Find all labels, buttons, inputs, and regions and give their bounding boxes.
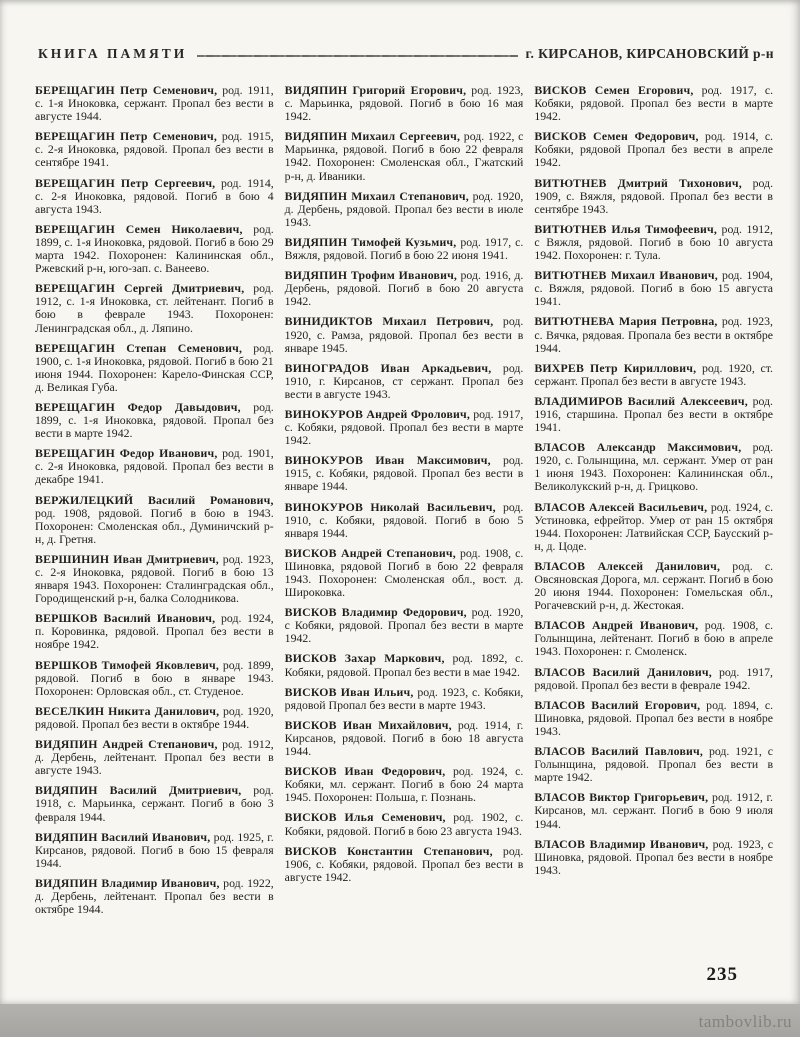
memorial-entry: ВИТЮТНЕВА Мария Петровна, род. 1923, с. … (534, 315, 773, 354)
entry-person-name: ВИСКОВ Иван Федорович, (285, 764, 446, 778)
memorial-entry: ВИСКОВ Константин Степанович, род. 1906,… (285, 845, 524, 884)
memorial-entry: ВИНОКУРОВ Иван Максимович, род. 1915, с.… (285, 454, 524, 493)
entry-person-name: ВЛАСОВ Василий Павлович, (534, 744, 703, 758)
memorial-entry: ВЕРШИНИН Иван Дмитриевич, род. 1923, с. … (35, 553, 274, 605)
memorial-entry: ВЕРЕЩАГИН Семен Николаевич, род. 1899, с… (35, 223, 274, 275)
entry-person-name: ВИСКОВ Илья Семенович, (285, 810, 446, 824)
memorial-entry: ВЛАСОВ Владимир Иванович, род. 1923, с Ш… (534, 838, 773, 877)
memorial-entry: ВИДЯПИН Михаил Степанович, род. 1920, д.… (285, 190, 524, 229)
header-divider-line (197, 55, 517, 57)
memorial-entry: ВЛАСОВ Андрей Иванович, род. 1908, с. Го… (534, 619, 773, 658)
memorial-entry: ВИХРЕВ Петр Кириллович, род. 1920, ст. с… (534, 362, 773, 388)
entry-person-name: ВЕРЕЩАГИН Федор Давыдович, (35, 400, 241, 414)
entry-person-name: ВЛАСОВ Александр Максимович, (534, 440, 741, 454)
memorial-entry: ВЛАСОВ Виктор Григорьевич, род. 1912, г.… (534, 791, 773, 830)
book-title: КНИГА ПАМЯТИ (38, 46, 187, 62)
entry-person-name: ВИНОКУРОВ Николай Васильевич, (285, 500, 496, 514)
memorial-entry: ВИТЮТНЕВ Илья Тимофеевич, род. 1912, с В… (534, 223, 773, 262)
entry-person-name: ВИНИДИКТОВ Михаил Петрович, (285, 314, 494, 328)
entry-person-name: ВИДЯПИН Михаил Сергеевич, (285, 129, 460, 143)
entry-person-name: ВИНОКУРОВ Иван Максимович, (285, 453, 491, 467)
entry-person-name: ВЕРЕЩАГИН Семен Николаевич, (35, 222, 243, 236)
entry-person-name: ВЛАСОВ Василий Данилович, (534, 665, 712, 679)
memorial-entry: ВИДЯПИН Владимир Иванович, род. 1922, д.… (35, 877, 274, 916)
entry-person-name: ВИДЯПИН Григорий Егорович, (285, 83, 467, 97)
entry-person-name: ВЕРЕЩАГИН Сергей Дмитриевич, (35, 281, 244, 295)
entry-person-name: ВИХРЕВ Петр Кириллович, (534, 361, 696, 375)
memorial-entry: ВИСКОВ Андрей Степанович, род. 1908, с. … (285, 547, 524, 599)
entry-person-name: ВЕРШКОВ Василий Иванович, (35, 611, 215, 625)
memorial-entry: ВЛАСОВ Алексей Васильевич, род. 1924, с.… (534, 501, 773, 553)
entry-person-name: ВЕРЕЩАГИН Петр Семенович, (35, 129, 217, 143)
column-3: ВИСКОВ Семен Егорович, род. 1917, с. Коб… (534, 84, 773, 944)
memorial-entry: ВЕРЕЩАГИН Петр Семенович, род. 1915, с. … (35, 130, 274, 169)
memorial-entry: ВИСКОВ Иван Ильич, род. 1923, с. Кобяки,… (285, 686, 524, 712)
district-title: г. КИРСАНОВ, КИРСАНОВСКИЙ р-н (526, 46, 774, 62)
entry-person-name: ВИСКОВ Иван Михайлович, (285, 718, 452, 732)
memorial-entry: ВИНОГРАДОВ Иван Аркадьевич, род. 1910, г… (285, 362, 524, 401)
entry-person-name: ВИДЯПИН Михаил Степанович, (285, 189, 469, 203)
memorial-entry: ВИСКОВ Семен Егорович, род. 1917, с. Коб… (534, 84, 773, 123)
page-number: 235 (707, 964, 739, 986)
scanner-bed-strip (0, 1004, 800, 1037)
library-watermark: tambovlib.ru (699, 1012, 792, 1032)
memorial-entry: ВИДЯПИН Тимофей Кузьмич, род. 1917, с. В… (285, 236, 524, 262)
column-1: БЕРЕЩАГИН Петр Семенович, род. 1911, с. … (35, 84, 274, 944)
memorial-entry: ВИТЮТНЕВ Дмитрий Тихонович, род. 1909, с… (534, 177, 773, 216)
memorial-entry: БЕРЕЩАГИН Петр Семенович, род. 1911, с. … (35, 84, 274, 123)
memorial-entry: ВИДЯПИН Григорий Егорович, род. 1923, с.… (285, 84, 524, 123)
memorial-entry: ВИДЯПИН Андрей Степанович, род. 1912, д.… (35, 738, 274, 777)
memorial-entry: ВИСКОВ Илья Семенович, род. 1902, с. Коб… (285, 811, 524, 837)
entry-person-name: ВЕРЕЩАГИН Степан Семенович, (35, 341, 242, 355)
scanned-book-page: КНИГА ПАМЯТИ г. КИРСАНОВ, КИРСАНОВСКИЙ р… (0, 0, 800, 1004)
entry-person-name: ВИДЯПИН Тимофей Кузьмич, (285, 235, 457, 249)
memorial-entries-area: БЕРЕЩАГИН Петр Семенович, род. 1911, с. … (35, 84, 773, 944)
memorial-entry: ВЕРШКОВ Тимофей Яковлевич, род. 1899, ря… (35, 659, 274, 698)
memorial-entry: ВИНОКУРОВ Николай Васильевич, род. 1910,… (285, 501, 524, 540)
memorial-entry: ВИДЯПИН Михаил Сергеевич, род. 1922, с М… (285, 130, 524, 182)
entry-person-name: ВИДЯПИН Андрей Степанович, (35, 737, 218, 751)
memorial-entry: ВЕРЕЩАГИН Петр Сергеевич, род. 1914, с. … (35, 177, 274, 216)
memorial-entry: ВИДЯПИН Василий Иванович, род. 1925, г. … (35, 831, 274, 870)
memorial-entry: ВЕРЕЩАГИН Федор Иванович, род. 1901, с. … (35, 447, 274, 486)
entry-person-name: ВИДЯПИН Василий Иванович, (35, 830, 210, 844)
entry-person-name: ВИТЮТНЕВ Илья Тимофеевич, (534, 222, 717, 236)
entry-person-name: ВИСКОВ Константин Степанович, (285, 844, 493, 858)
entry-person-name: ВЕРЖИЛЕЦКИЙ Василий Романович, (35, 493, 274, 507)
entry-person-name: ВИДЯПИН Трофим Иванович, (285, 268, 457, 282)
memorial-entry: ВЛАСОВ Василий Егорович, род. 1894, с. Ш… (534, 699, 773, 738)
memorial-entry: ВИСКОВ Иван Федорович, род. 1924, с. Коб… (285, 765, 524, 804)
entry-person-name: ВЕРШКОВ Тимофей Яковлевич, (35, 658, 219, 672)
entry-person-name: ВЛАСОВ Андрей Иванович, (534, 618, 698, 632)
memorial-entry: ВИСКОВ Иван Михайлович, род. 1914, г. Ки… (285, 719, 524, 758)
memorial-entry: ВЕРЕЩАГИН Федор Давыдович, род. 1899, с.… (35, 401, 274, 440)
memorial-entry: ВЕРЖИЛЕЦКИЙ Василий Романович, род. 1908… (35, 494, 274, 546)
entry-person-name: ВЛАСОВ Василий Егорович, (534, 698, 700, 712)
entry-person-name: ВИСКОВ Семен Егорович, (534, 83, 693, 97)
memorial-entry: ВЛАСОВ Александр Максимович, род. 1920, … (534, 441, 773, 493)
entry-person-name: ВЕРЕЩАГИН Петр Сергеевич, (35, 176, 215, 190)
entry-person-name: ВИНОКУРОВ Андрей Фролович, (285, 407, 470, 421)
entry-person-name: ВЕРЕЩАГИН Федор Иванович, (35, 446, 218, 460)
entry-person-name: ВЛАСОВ Владимир Иванович, (534, 837, 708, 851)
entry-person-name: ВИСКОВ Семен Федорович, (534, 129, 698, 143)
memorial-entry: ВЕРЕЩАГИН Сергей Дмитриевич, род. 1912, … (35, 282, 274, 334)
entry-person-name: ВИДЯПИН Василий Дмитриевич, (35, 783, 241, 797)
entry-person-name: ВИСКОВ Андрей Степанович, (285, 546, 456, 560)
memorial-entry: ВИДЯПИН Трофим Иванович, род. 1916, д. Д… (285, 269, 524, 308)
entry-person-name: ВЛАСОВ Виктор Григорьевич, (534, 790, 708, 804)
memorial-entry: ВИНИДИКТОВ Михаил Петрович, род. 1920, с… (285, 315, 524, 354)
page-header: КНИГА ПАМЯТИ г. КИРСАНОВ, КИРСАНОВСКИЙ р… (38, 44, 774, 62)
memorial-entry: ВИСКОВ Семен Федорович, род. 1914, с. Ко… (534, 130, 773, 169)
memorial-entry: ВИДЯПИН Василий Дмитриевич, род. 1918, с… (35, 784, 274, 823)
entry-person-name: ВИТЮТНЕВ Дмитрий Тихонович, (534, 176, 742, 190)
column-2: ВИДЯПИН Григорий Егорович, род. 1923, с.… (285, 84, 524, 944)
memorial-entry: ВИСКОВ Захар Маркович, род. 1892, с. Коб… (285, 652, 524, 678)
entry-person-name: ВИСКОВ Иван Ильич, (285, 685, 414, 699)
entry-person-name: ВЛАСОВ Алексей Данилович, (534, 559, 720, 573)
memorial-entry: ВЕРШКОВ Василий Иванович, род. 1924, п. … (35, 612, 274, 651)
memorial-entry: ВЛАСОВ Василий Данилович, род. 1917, ряд… (534, 666, 773, 692)
memorial-entry: ВЕСЕЛКИН Никита Данилович, род. 1920, ря… (35, 705, 274, 731)
entry-person-name: ВЛАДИМИРОВ Василий Алексеевич, (534, 394, 748, 408)
entry-person-name: ВЕСЕЛКИН Никита Данилович, (35, 704, 219, 718)
memorial-entry: ВИНОКУРОВ Андрей Фролович, род. 1917, с.… (285, 408, 524, 447)
memorial-entry: ВЛАСОВ Алексей Данилович, род. с. Овсяно… (534, 560, 773, 612)
entry-person-name: ВЕРШИНИН Иван Дмитриевич, (35, 552, 219, 566)
entry-person-name: ВИСКОВ Владимир Федорович, (285, 605, 467, 619)
entry-person-name: ВЛАСОВ Алексей Васильевич, (534, 500, 707, 514)
memorial-entry: ВИСКОВ Владимир Федорович, род. 1920, с … (285, 606, 524, 645)
memorial-entry: ВЛАСОВ Василий Павлович, род. 1921, с Го… (534, 745, 773, 784)
memorial-entry: ВЛАДИМИРОВ Василий Алексеевич, род. 1916… (534, 395, 773, 434)
entry-person-name: БЕРЕЩАГИН Петр Семенович, (35, 83, 217, 97)
entry-person-name: ВИТЮТНЕВ Михаил Иванович, (534, 268, 718, 282)
entry-person-name: ВИСКОВ Захар Маркович, (285, 651, 445, 665)
entry-person-name: ВИТЮТНЕВА Мария Петровна, (534, 314, 717, 328)
entry-person-name: ВИДЯПИН Владимир Иванович, (35, 876, 220, 890)
entry-person-name: ВИНОГРАДОВ Иван Аркадьевич, (285, 361, 492, 375)
memorial-entry: ВИТЮТНЕВ Михаил Иванович, род. 1904, с. … (534, 269, 773, 308)
memorial-entry: ВЕРЕЩАГИН Степан Семенович, род. 1900, с… (35, 342, 274, 394)
